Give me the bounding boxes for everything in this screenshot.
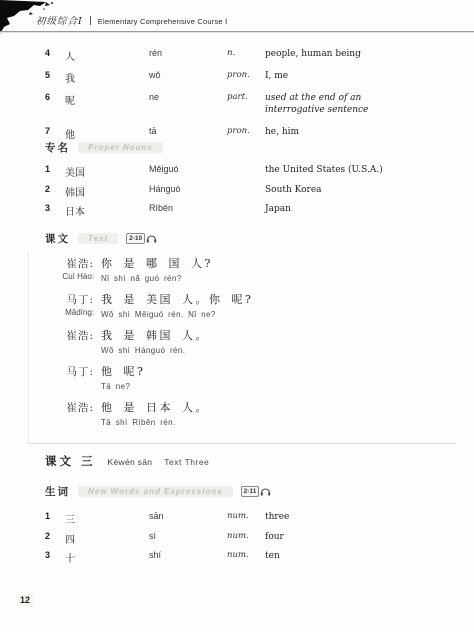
new-words-list: 1 三 sān num. three 2 四 sì num. four 3 十 … [45,511,462,570]
entry-number: 1 [45,511,65,521]
speaker-pinyin: Mǎdīng: [46,308,94,321]
entry-pos: pron. [227,70,265,80]
dialogue-hanzi: 你 是 哪 国 人? [101,256,456,272]
section-watermark: Proper Nouns [78,142,163,153]
entry-definition: Japan [265,203,462,215]
entry-number: 3 [45,550,65,560]
dialogue-hanzi: 我 是 美国 人。你 呢? [101,292,456,308]
section-title: 生词 [45,484,70,499]
entry-hanzi: 日本 [65,203,149,218]
entry-definition: four [265,531,462,543]
proper-noun-row: 1 美国 Měiguó the United States (U.S.A.) [45,164,462,184]
section-watermark: New Words and Expressions [78,486,233,497]
entry-definition: the United States (U.S.A.) [265,164,462,176]
entry-definition: I, me [265,70,462,82]
entry-number: 2 [45,531,65,541]
new-words-heading: 生词 New Words and Expressions 2-11 [45,484,271,499]
speaker-name: 崔浩: [46,328,94,344]
entry-definition: ten [265,550,462,562]
audio-track-indicator: 2-11 [241,486,272,497]
dialogue-pinyin: Tā shì Rìběn rén. [101,416,456,429]
entry-pinyin: rén [149,48,227,58]
heading-chinese: 课文 三 [45,453,96,469]
entry-hanzi: 我 [65,70,149,85]
vocab-row: 3 十 shí num. ten [45,550,462,570]
entry-pos: part. [227,92,265,102]
entry-hanzi: 四 [65,531,149,546]
header-title-chinese: 初级综合Ⅰ [36,13,83,27]
entry-definition: used at the end of an interrogative sent… [265,92,403,116]
dialogue-line: 崔浩: 我 是 韩国 人。 Wǒ shì Hánguó rén. [46,328,456,357]
entry-hanzi: 十 [65,550,149,565]
entry-pinyin: Měiguó [149,164,265,174]
dialogue-line: 马丁: 他 呢? Tā ne? [46,364,456,393]
page-header: 初级综合Ⅰ Elementary Comprehensive Course Ⅰ [36,13,227,27]
header-divider [90,16,91,25]
vocab-row: 4 人 rén n. people, human being [45,48,462,70]
entry-hanzi: 韩国 [65,184,149,199]
proper-nouns-list: 1 美国 Měiguó the United States (U.S.A.) 2… [45,164,462,223]
audio-track-badge: 2-11 [241,486,260,497]
entry-pos: num. [227,550,265,560]
speaker-pinyin [46,416,94,429]
audio-track-indicator: 2-10 [126,233,157,244]
vocab-row: 2 四 sì num. four [45,531,462,551]
entry-pinyin: tā [149,126,227,136]
dialogue-pinyin: Wǒ shì Hánguó rén. [101,344,456,357]
header-rule [0,31,474,32]
section-watermark: Text [78,233,118,244]
entry-pos: num. [227,511,265,521]
headphones-icon [260,487,271,497]
entry-pinyin: ne [149,92,227,102]
audio-track-badge: 2-10 [126,233,145,244]
entry-pos: pron. [227,126,265,136]
proper-nouns-heading: 专名 Proper Nouns [45,140,163,155]
text-three-heading: 课文 三 Kèwén sān Text Three [45,453,209,469]
heading-english: Text Three [164,457,209,467]
section-title: 专名 [45,140,70,155]
entry-definition: three [265,511,462,523]
speaker-pinyin: Cuī Hào: [46,272,94,285]
entry-number: 6 [45,92,65,102]
proper-noun-row: 3 日本 Rìběn Japan [45,203,462,223]
entry-number: 2 [45,184,65,194]
section-title: 课文 [45,231,70,246]
entry-number: 1 [45,164,65,174]
entry-definition: South Korea [265,184,462,196]
vocab-row: 1 三 sān num. three [45,511,462,531]
entry-hanzi: 美国 [65,164,149,179]
dialogue-block: 崔浩: 你 是 哪 国 人? Cuī Hào: Nǐ shì nǎ guó ré… [28,252,456,444]
entry-pos: num. [227,531,265,541]
speaker-name: 崔浩: [46,256,94,272]
vocab-row: 6 呢 ne part. used at the end of an inter… [45,92,462,126]
entry-pos: n. [227,48,265,58]
vocab-row: 5 我 wǒ pron. I, me [45,70,462,92]
entry-hanzi: 三 [65,511,149,526]
speaker-pinyin [46,380,94,393]
dialogue-pinyin: Nǐ shì nǎ guó rén? [101,272,456,285]
dialogue-line: 马丁: 我 是 美国 人。你 呢? Mǎdīng: Wǒ shì Měiguó … [46,292,456,321]
speaker-pinyin [46,344,94,357]
textbook-page: 初级综合Ⅰ Elementary Comprehensive Course Ⅰ … [0,0,474,632]
dialogue-hanzi: 他 是 日本 人。 [101,400,456,416]
entry-definition: he, him [265,126,462,138]
dialogue-line: 崔浩: 他 是 日本 人。 Tā shì Rìběn rén. [46,400,456,429]
entry-number: 3 [45,203,65,213]
entry-pinyin: wǒ [149,70,227,80]
speaker-name: 马丁: [46,364,94,380]
proper-noun-row: 2 韩国 Hánguó South Korea [45,184,462,204]
text-section-heading: 课文 Text 2-10 [45,231,157,246]
dialogue-hanzi: 他 呢? [101,364,456,380]
speaker-name: 马丁: [46,292,94,308]
heading-pinyin: Kèwén sān [108,457,153,467]
entry-number: 7 [45,126,65,136]
dialogue-line: 崔浩: 你 是 哪 国 人? Cuī Hào: Nǐ shì nǎ guó ré… [46,256,456,285]
entry-number: 5 [45,70,65,80]
entry-pinyin: Hánguó [149,184,265,194]
entry-definition: people, human being [265,48,462,60]
page-number: 12 [17,594,33,606]
entry-pinyin: sān [149,511,227,521]
entry-hanzi: 他 [65,126,149,141]
header-title-english: Elementary Comprehensive Course Ⅰ [98,17,228,26]
dialogue-hanzi: 我 是 韩国 人。 [101,328,456,344]
vocab-list-continued: 4 人 rén n. people, human being 5 我 wǒ pr… [45,48,462,148]
entry-hanzi: 人 [65,48,149,63]
entry-pinyin: shí [149,550,227,560]
speaker-name: 崔浩: [46,400,94,416]
dialogue-pinyin: Tā ne? [101,380,456,393]
entry-pinyin: sì [149,531,227,541]
entry-number: 4 [45,48,65,58]
entry-hanzi: 呢 [65,92,149,107]
dialogue-pinyin: Wǒ shì Měiguó rén. Nǐ ne? [101,308,456,321]
entry-pinyin: Rìběn [149,203,265,213]
headphones-icon [146,234,157,244]
